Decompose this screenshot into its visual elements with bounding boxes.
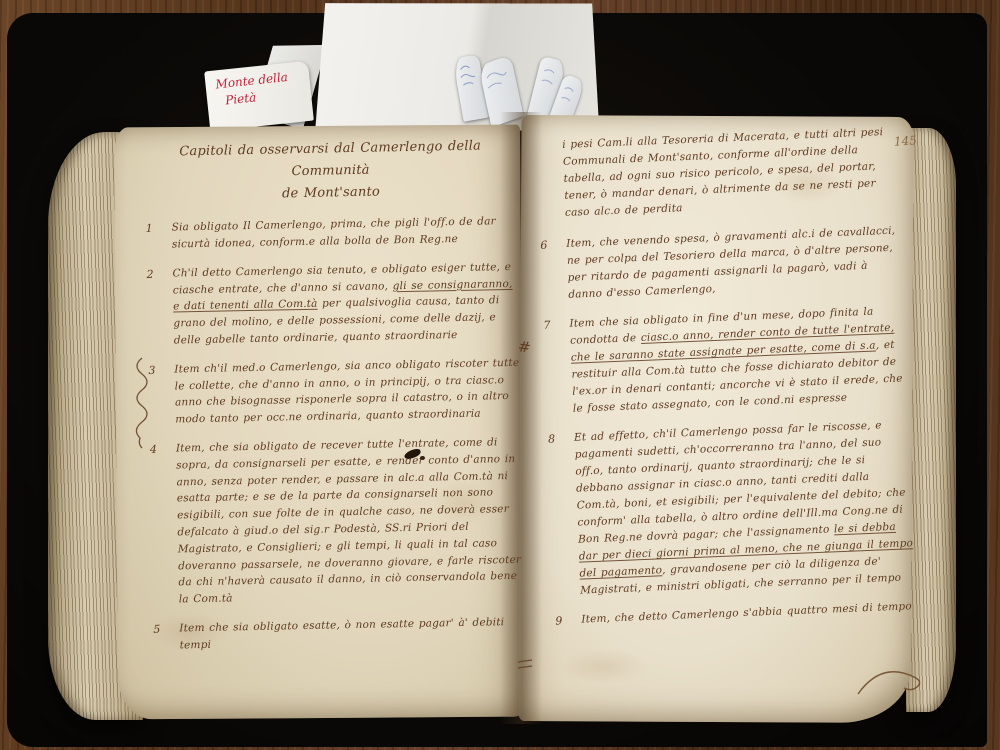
capitolo-item-4: 4 Item, che sia obligato de recever tutt… <box>150 434 525 609</box>
capitolo-item-5: 5 Item che sia obligato esatte, ò non es… <box>153 614 526 655</box>
capitolo-item-6: 6 Item, che venendo spesa, ò gravamenti … <box>540 222 904 304</box>
item-number: 3 <box>148 361 175 429</box>
item-text: Sia obligato Il Camerlengo, prima, che p… <box>171 213 518 253</box>
item-number: 1 <box>146 220 173 254</box>
item-number: 9 <box>555 612 582 631</box>
manuscript-photo: Monte della Pietà Capitoli da osservarsi… <box>0 0 1000 750</box>
capitolo-item-9: 9 Item, che detto Camerlengo s'abbia qua… <box>555 598 917 630</box>
item-number <box>536 137 565 223</box>
item-text: Item che sia obligato esatte, ò non esat… <box>179 614 526 654</box>
margin-hash-mark: # <box>517 337 532 357</box>
capitolo-item-8: 8 Et ad effetto, ch'il Camerlengo possa … <box>548 416 917 600</box>
item-number: 2 <box>146 265 174 349</box>
item-text: Item ch'il med.o Camerlengo, sia anco ob… <box>174 355 521 429</box>
capitolo-item-7: 7 Item che sia obligato in fine d'un mes… <box>543 302 909 418</box>
item-text: Et ad effetto, ch'il Camerlengo possa fa… <box>574 416 917 599</box>
item-text: Item, che venendo spesa, ò gravamenti al… <box>566 222 904 303</box>
item-number: 6 <box>540 236 569 305</box>
capitolo-item-1: 1 Sia obligato Il Camerlengo, prima, che… <box>146 213 519 254</box>
item-text: Item che sia obligato in fine d'un mese,… <box>569 302 909 417</box>
ink-blot-small <box>420 456 425 460</box>
item-number: 7 <box>543 316 573 419</box>
item-number: 4 <box>150 440 179 608</box>
item-text: i pesi Cam.li alla Tesoreria di Macerata… <box>562 123 901 221</box>
margin-squiggle-icon <box>132 356 148 452</box>
page-number: 145 <box>894 133 918 149</box>
item-number: 5 <box>153 620 180 654</box>
right-page-text: i pesi Cam.li alla Tesoreria di Macerata… <box>536 123 918 642</box>
foxing-stain <box>558 648 648 684</box>
capitolo-item-2: 2 Ch'il detto Camerlengo sia tenuto, e o… <box>146 259 520 350</box>
item-text: Ch'il detto Camerlengo sia tenuto, e obl… <box>172 259 520 350</box>
item-5-continuation: i pesi Cam.li alla Tesoreria di Macerata… <box>536 123 901 222</box>
ink-flourish-icon <box>854 660 924 704</box>
item-text: Item, che detto Camerlengo s'abbia quatt… <box>581 598 917 629</box>
chapter-heading: Capitoli da osservarsi dal Camerlengo de… <box>144 135 517 208</box>
capitolo-item-3: 3 Item ch'il med.o Camerlengo, sia anco … <box>148 355 521 429</box>
margin-dash-mark-icon <box>516 658 536 672</box>
left-page-text: Capitoli da osservarsi dal Camerlengo de… <box>144 135 526 667</box>
item-text: Item, che sia obligato de recever tutte … <box>176 434 525 609</box>
open-manuscript-book: Capitoli da osservarsi dal Camerlengo de… <box>48 112 953 737</box>
heading-line1: Capitoli da osservarsi dal Camerlengo de… <box>144 135 517 186</box>
